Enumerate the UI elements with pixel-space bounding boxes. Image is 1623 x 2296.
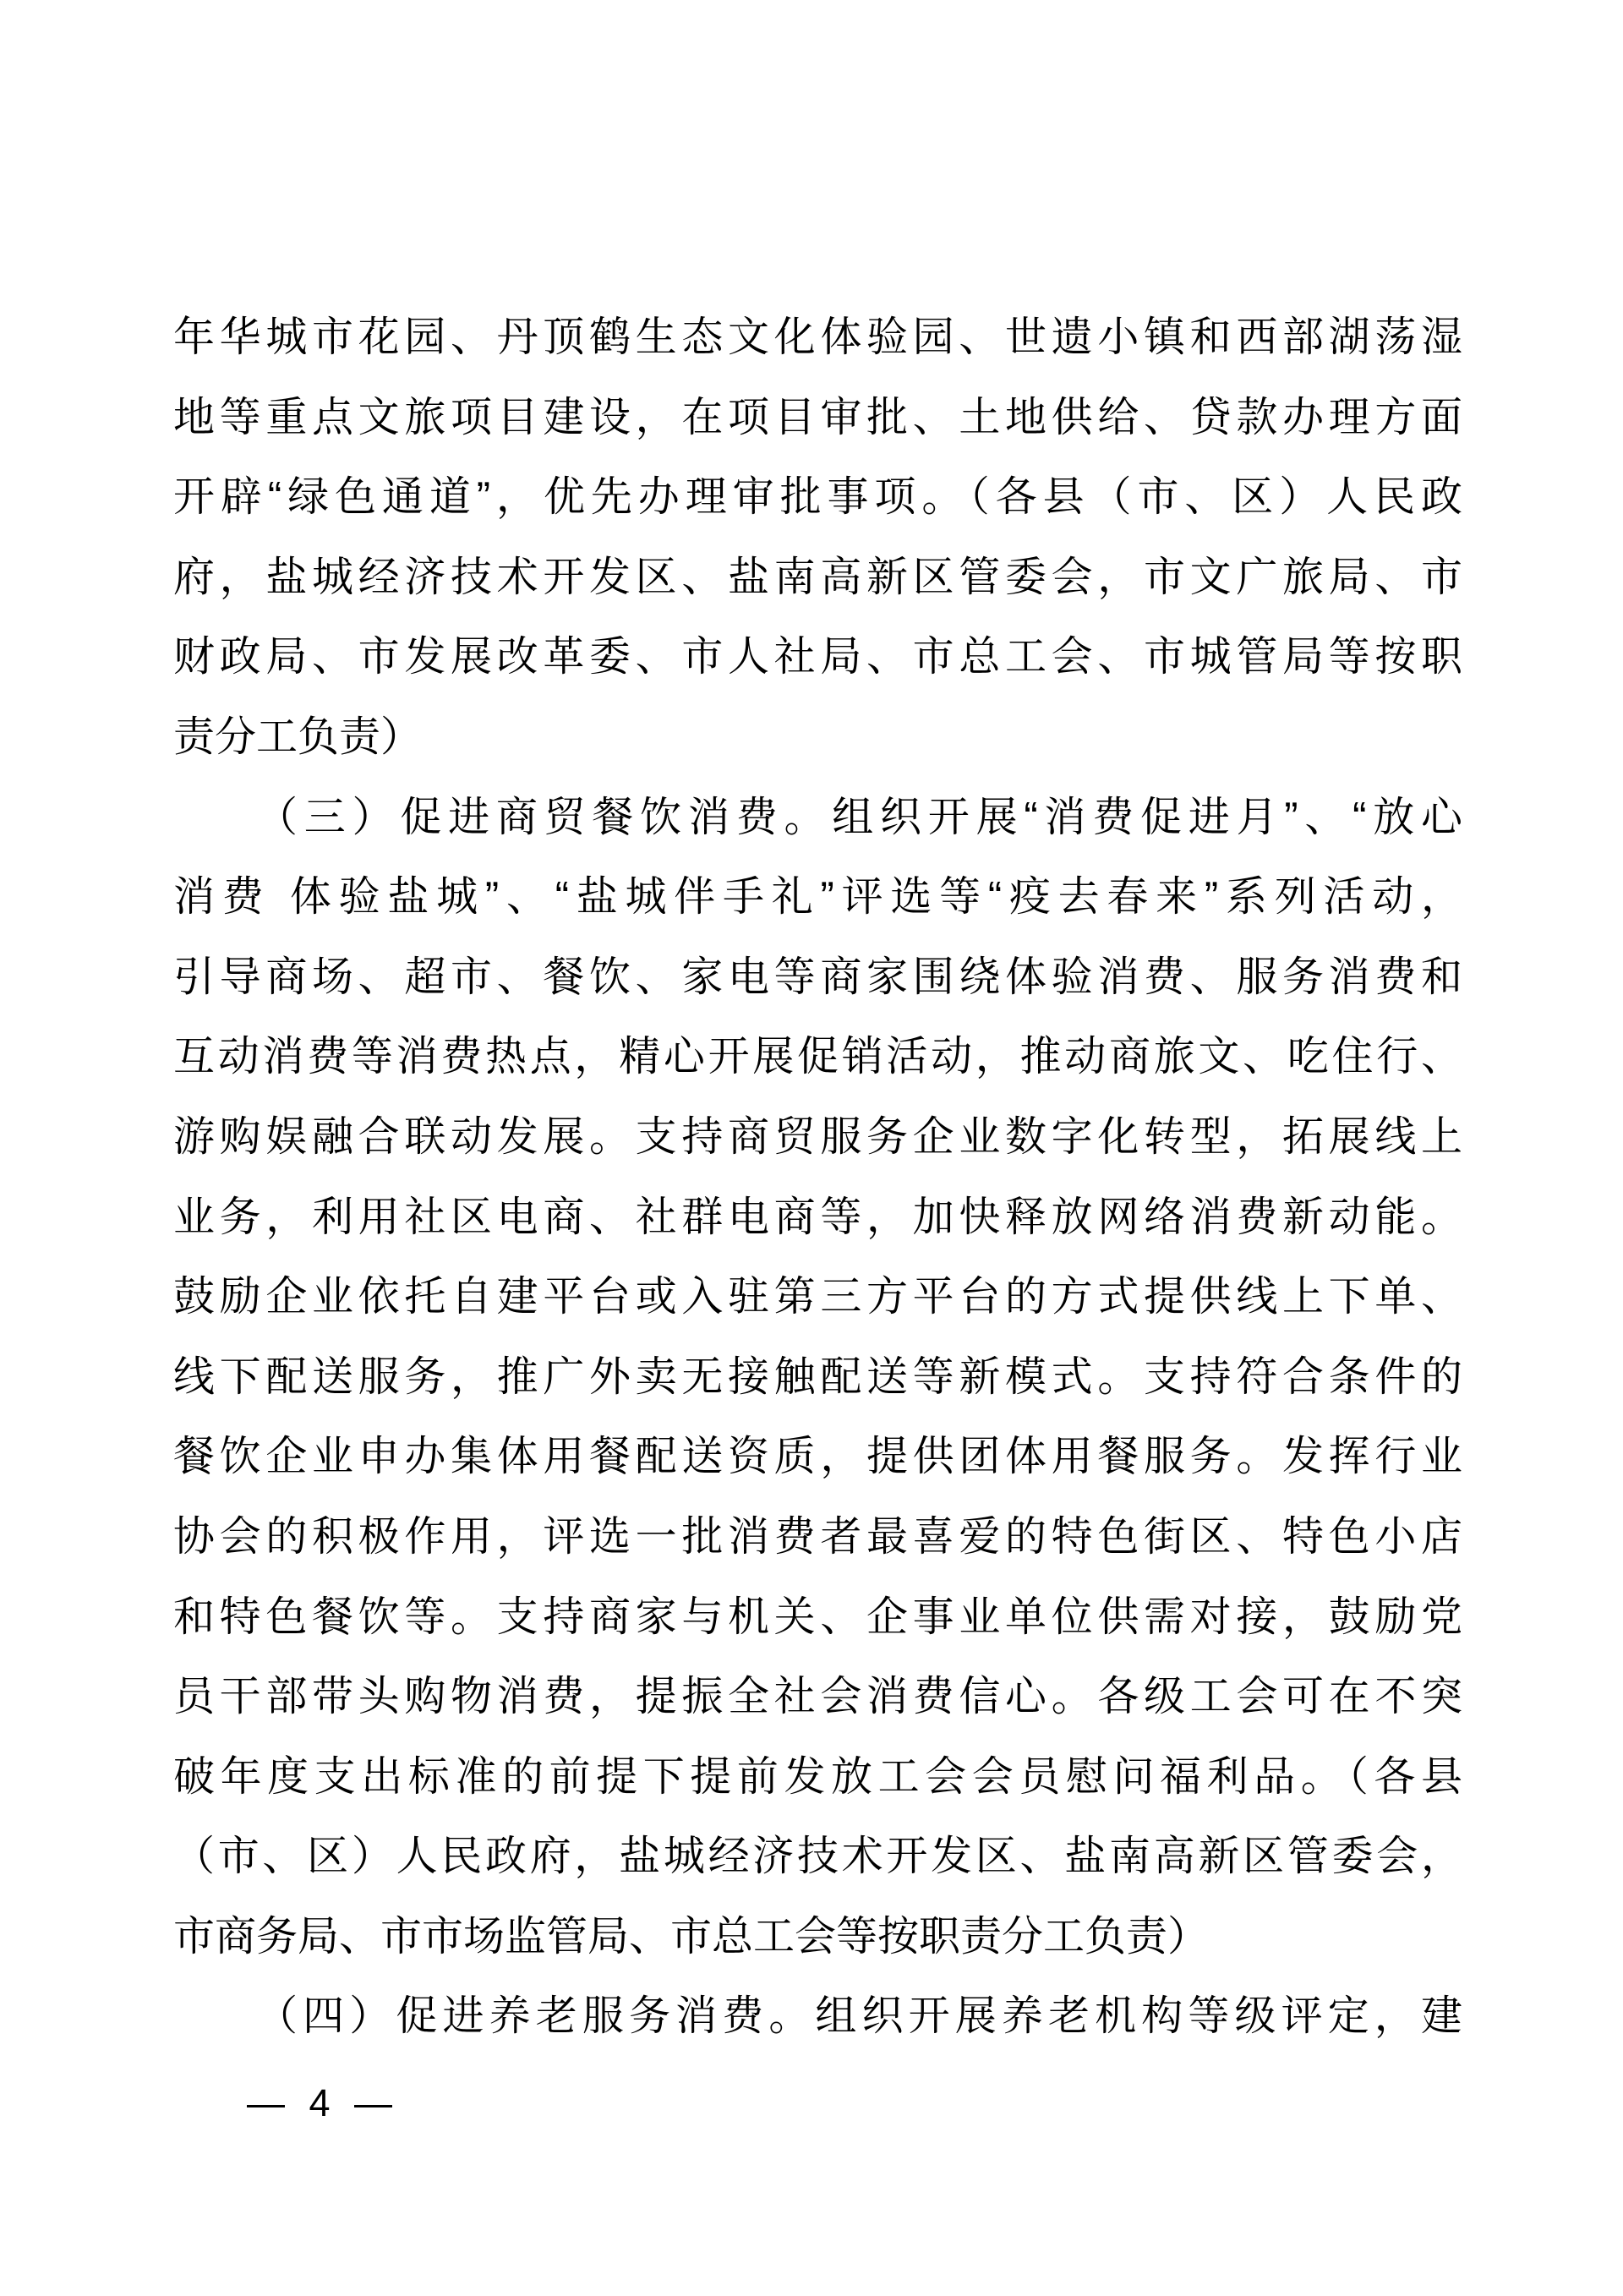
- text-line: 消费 体验盐城”、“盐城伴手礼”评选等“疫去春来”系列活动，: [173, 857, 1462, 938]
- text-line: （四）促进养老服务消费。组织开展养老机构等级评定，建: [173, 1976, 1462, 2057]
- text-line: 业务，利用社区电商、社群电商等，加快释放网络消费新动能。: [173, 1178, 1462, 1258]
- text-line: 互动消费等消费热点，精心开展促销活动，推动商旅文、吃住行、: [173, 1017, 1462, 1097]
- text-line: 协会的积极作用，评选一批消费者最喜爱的特色街区、特色小店: [173, 1497, 1462, 1577]
- text-line: 开辟“绿色通道”，优先办理审批事项。（各县（市、区）人民政: [173, 457, 1462, 538]
- text-line: 线下配送服务，推广外卖无接触配送等新模式。支持符合条件的: [173, 1337, 1462, 1418]
- text-line: 市商务局、市市场监管局、市总工会等按职责分工负责）: [173, 1897, 1462, 1977]
- text-line: 员干部带头购物消费，提振全社会消费信心。各级工会可在不突: [173, 1657, 1462, 1737]
- text-line: 年华城市花园、丹顶鹤生态文化体验园、世遗小镇和西部湖荡湿: [173, 298, 1462, 378]
- body-text: 年华城市花园、丹顶鹤生态文化体验园、世遗小镇和西部湖荡湿地等重点文旅项目建设，在…: [173, 298, 1462, 2057]
- text-line: （市、区）人民政府，盐城经济技术开发区、盐南高新区管委会，: [173, 1817, 1462, 1897]
- text-line: 府，盐城经济技术开发区、盐南高新区管委会，市文广旅局、市: [173, 538, 1462, 618]
- text-line: 游购娱融合联动发展。支持商贸服务企业数字化转型，拓展线上: [173, 1097, 1462, 1178]
- text-line: 鼓励企业依托自建平台或入驻第三方平台的方式提供线上下单、: [173, 1257, 1462, 1337]
- text-line: 引导商场、超市、餐饮、家电等商家围绕体验消费、服务消费和: [173, 938, 1462, 1018]
- text-line: 和特色餐饮等。支持商家与机关、企事业单位供需对接，鼓励党: [173, 1577, 1462, 1658]
- text-line: （三）促进商贸餐饮消费。组织开展“消费促进月”、“放心: [173, 778, 1462, 858]
- text-line: 财政局、市发展改革委、市人社局、市总工会、市城管局等按职: [173, 617, 1462, 697]
- text-line: 破年度支出标准的前提下提前发放工会会员慰问福利品。（各县: [173, 1737, 1462, 1818]
- text-line: 责分工负责）: [173, 697, 1462, 778]
- document-page: 年华城市花园、丹顶鹤生态文化体验园、世遗小镇和西部湖荡湿地等重点文旅项目建设，在…: [0, 0, 1623, 2296]
- text-line: 地等重点文旅项目建设，在项目审批、土地供给、贷款办理方面: [173, 378, 1462, 458]
- page-number: — 4 —: [247, 2081, 392, 2124]
- page-footer: — 4 —: [247, 2082, 392, 2124]
- text-line: 餐饮企业申办集体用餐配送资质，提供团体用餐服务。发挥行业: [173, 1417, 1462, 1497]
